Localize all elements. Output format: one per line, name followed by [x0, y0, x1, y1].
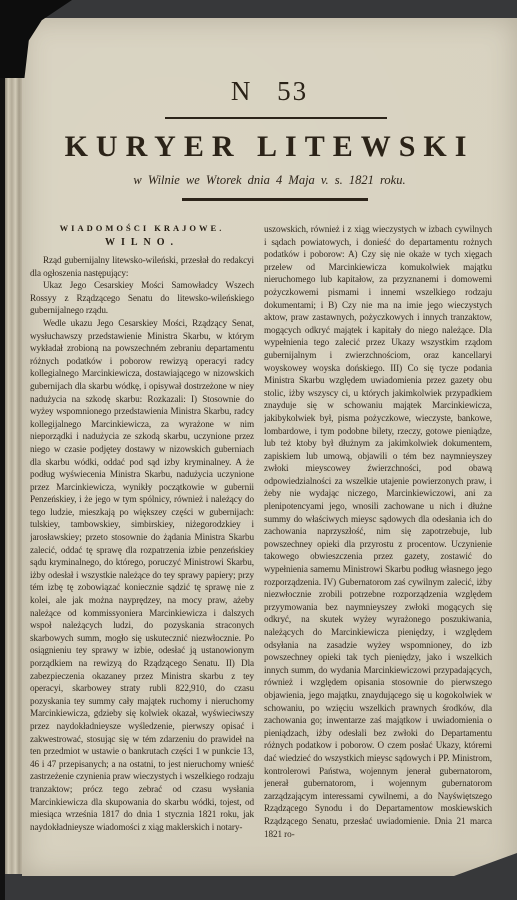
paragraph: uszowskich, również i z xiąg wieczystych… — [264, 223, 492, 840]
masthead-rule-top — [165, 117, 387, 119]
paragraph: Wedle ukazu Jego Cesarskiey Mości, Rządz… — [30, 317, 254, 833]
scan-background: { "masthead": { "issue_number": "N 53", … — [0, 0, 517, 900]
dateline: w Wilnie we Wtorek dnia 4 Maja v. s. 182… — [22, 173, 517, 188]
masthead-rule-bottom — [182, 198, 368, 201]
newspaper-title: KURYER LITEWSKI — [22, 130, 517, 164]
page-curl-edge — [5, 62, 23, 874]
newspaper-page: N 53 KURYER LITEWSKI w Wilnie we Wtorek … — [22, 18, 517, 876]
paragraph: Rząd gubernijalny litewsko-wileński, prz… — [30, 254, 254, 279]
right-column: uszowskich, również i z xiąg wieczystych… — [264, 223, 492, 873]
subsection-heading: WILNO. — [30, 237, 254, 248]
left-column: WIADOMOŚCI KRAJOWE. WILNO. Rząd gubernij… — [30, 223, 254, 873]
issue-number: N 53 — [22, 76, 517, 107]
article-columns: WIADOMOŚCI KRAJOWE. WILNO. Rząd gubernij… — [30, 223, 492, 873]
paragraph: Ukaz Jego Cesarskiey Mości Samowładcy Ws… — [30, 279, 254, 317]
section-heading: WIADOMOŚCI KRAJOWE. — [30, 223, 254, 233]
